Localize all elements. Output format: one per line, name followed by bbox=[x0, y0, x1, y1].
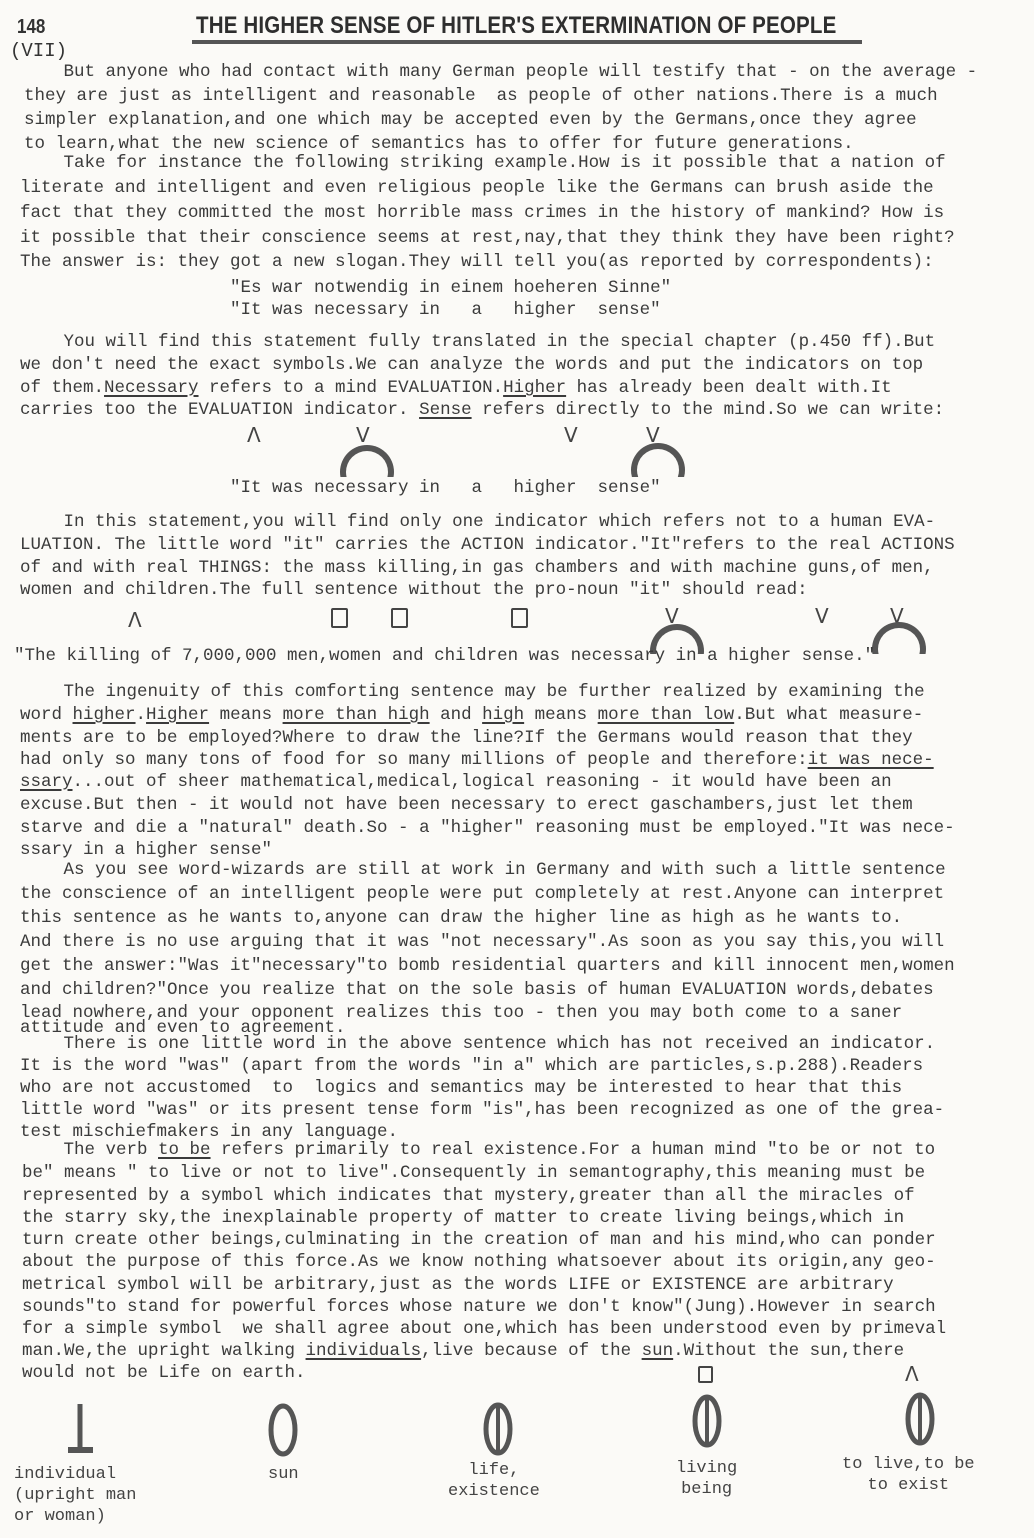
thing-indicator-icon bbox=[511, 608, 528, 628]
symbol-label: individual (upright man or woman) bbox=[14, 1464, 136, 1527]
text-line: be" means " to live or not to live".Cons… bbox=[22, 1163, 925, 1183]
text-line: for a simple symbol we shall agree about… bbox=[22, 1319, 946, 1339]
quote-english: "It was necessary in a higher sense" bbox=[230, 300, 661, 320]
page-number: 148 bbox=[17, 16, 45, 39]
text-line: carries too the EVALUATION indicator. Se… bbox=[20, 400, 944, 420]
to-live-symbol-icon bbox=[895, 1388, 945, 1450]
text-line: test mischiefmakers in any language. bbox=[20, 1122, 398, 1142]
text-line: get the answer:"Was it"necessary"to bomb… bbox=[20, 956, 955, 976]
quote-german: "Es war notwendig in einem hoeheren Sinn… bbox=[230, 278, 671, 298]
evaluation-indicator-icon: V bbox=[665, 606, 679, 626]
life-existence-symbol-icon bbox=[473, 1398, 523, 1460]
page-title: THE HIGHER SENSE OF HITLER'S EXTERMINATI… bbox=[196, 12, 836, 40]
symbol-label: to live,to be to exist bbox=[842, 1454, 975, 1496]
underlined-term: Necessary bbox=[104, 378, 199, 398]
evaluation-indicator-icon: V bbox=[815, 606, 829, 626]
text-line: word higher.Higher means more than high … bbox=[20, 705, 923, 725]
evaluation-indicator-icon: V bbox=[646, 425, 660, 445]
text-line: to learn,what the new science of semanti… bbox=[24, 134, 854, 154]
thing-indicator-icon bbox=[698, 1366, 713, 1383]
title-underline bbox=[192, 40, 862, 44]
text-line: But anyone who had contact with many Ger… bbox=[32, 62, 977, 82]
text-line: the conscience of an intelligent people … bbox=[20, 884, 944, 904]
chapter-number: (VII) bbox=[10, 40, 67, 62]
text-line: they are just as intelligent and reasona… bbox=[24, 86, 938, 106]
text-line: The answer is: they got a new slogan.The… bbox=[20, 252, 934, 272]
evaluation-indicator-icon: V bbox=[564, 425, 578, 445]
text-line: excuse.But then - it would not have been… bbox=[20, 795, 913, 815]
text-line: of them.Necessary refers to a mind EVALU… bbox=[20, 378, 892, 398]
text-line: The verb to be refers primarily to real … bbox=[32, 1140, 935, 1160]
symbol-label: life, existence bbox=[448, 1460, 540, 1502]
underlined-term: Sense bbox=[419, 400, 472, 420]
text-line: You will find this statement fully trans… bbox=[32, 332, 935, 352]
text-line: And there is no use arguing that it was … bbox=[20, 932, 944, 952]
underlined-term: Higher bbox=[503, 378, 566, 398]
text-line: had only so many tons of food for so man… bbox=[20, 750, 934, 770]
text-line: As you see word-wizards are still at wor… bbox=[32, 860, 946, 880]
text-line: women and children.The full sentence wit… bbox=[20, 580, 808, 600]
action-indicator-icon: Λ bbox=[247, 425, 261, 445]
text-line: little word "was" or its present tense f… bbox=[20, 1100, 944, 1120]
text-line: In this statement,you will find only one… bbox=[32, 512, 935, 532]
text-line: sounds"to stand for powerful forces whos… bbox=[22, 1297, 936, 1317]
individual-symbol-icon bbox=[60, 1400, 100, 1456]
text-line: it possible that their conscience seems … bbox=[20, 228, 955, 248]
text-line: ssary...out of sheer mathematical,medica… bbox=[20, 772, 892, 792]
text-line: represented by a symbol which indicates … bbox=[22, 1186, 915, 1206]
mind-arch-icon bbox=[872, 622, 926, 654]
symbol-label: living being bbox=[676, 1458, 737, 1500]
evaluation-indicator-icon: V bbox=[356, 425, 370, 445]
text-line: metrical symbol will be arbitrary,just a… bbox=[22, 1275, 894, 1295]
text-line: about the purpose of this force.As we kn… bbox=[22, 1252, 936, 1272]
sun-symbol-icon bbox=[258, 1400, 308, 1460]
thing-indicator-icon bbox=[391, 608, 408, 628]
living-being-symbol-icon bbox=[682, 1390, 732, 1452]
text-line: who are not accustomed to logics and sem… bbox=[20, 1078, 902, 1098]
text-line: would not be Life on earth. bbox=[22, 1363, 306, 1383]
annotated-sentence: "It was necessary in a higher sense" bbox=[230, 478, 661, 498]
text-line: The ingenuity of this comforting sentenc… bbox=[32, 682, 925, 702]
symbol-label: sun bbox=[268, 1464, 299, 1485]
text-line: and children?"Once you realize that on t… bbox=[20, 980, 934, 1000]
action-indicator-icon: Λ bbox=[128, 610, 142, 630]
text-line: LUATION. The little word "it" carries th… bbox=[20, 535, 955, 555]
annotated-sentence: "The killing of 7,000,000 men,women and … bbox=[14, 646, 875, 666]
text-line: There is one little word in the above se… bbox=[32, 1034, 935, 1054]
text-line: turn create other beings,culminating in … bbox=[22, 1230, 936, 1250]
text-line: this sentence as he wants to,anyone can … bbox=[20, 908, 902, 928]
text-line: starve and die a "natural" death.So - a … bbox=[20, 818, 955, 838]
text-line: It is the word "was" (apart from the wor… bbox=[20, 1056, 923, 1076]
action-indicator-icon: Λ bbox=[905, 1364, 919, 1384]
text-line: man.We,the upright walking individuals,l… bbox=[22, 1341, 904, 1361]
text-line: of and with real THINGS: the mass killin… bbox=[20, 558, 934, 578]
text-line: literate and intelligent and even religi… bbox=[20, 178, 934, 198]
text-line: simpler explanation,and one which may be… bbox=[24, 110, 917, 130]
text-line: we don't need the exact symbols.We can a… bbox=[20, 355, 923, 375]
text-line: fact that they committed the most horrib… bbox=[20, 203, 944, 223]
mind-arch-icon bbox=[340, 445, 394, 477]
text-line: ments are to be employed?Where to draw t… bbox=[20, 728, 913, 748]
mind-arch-icon bbox=[631, 443, 685, 477]
thing-indicator-icon bbox=[331, 608, 348, 628]
text-line: ssary in a higher sense" bbox=[20, 840, 272, 860]
text-line: the starry sky,the inexplainable propert… bbox=[22, 1208, 904, 1228]
text-line: Take for instance the following striking… bbox=[32, 153, 946, 173]
